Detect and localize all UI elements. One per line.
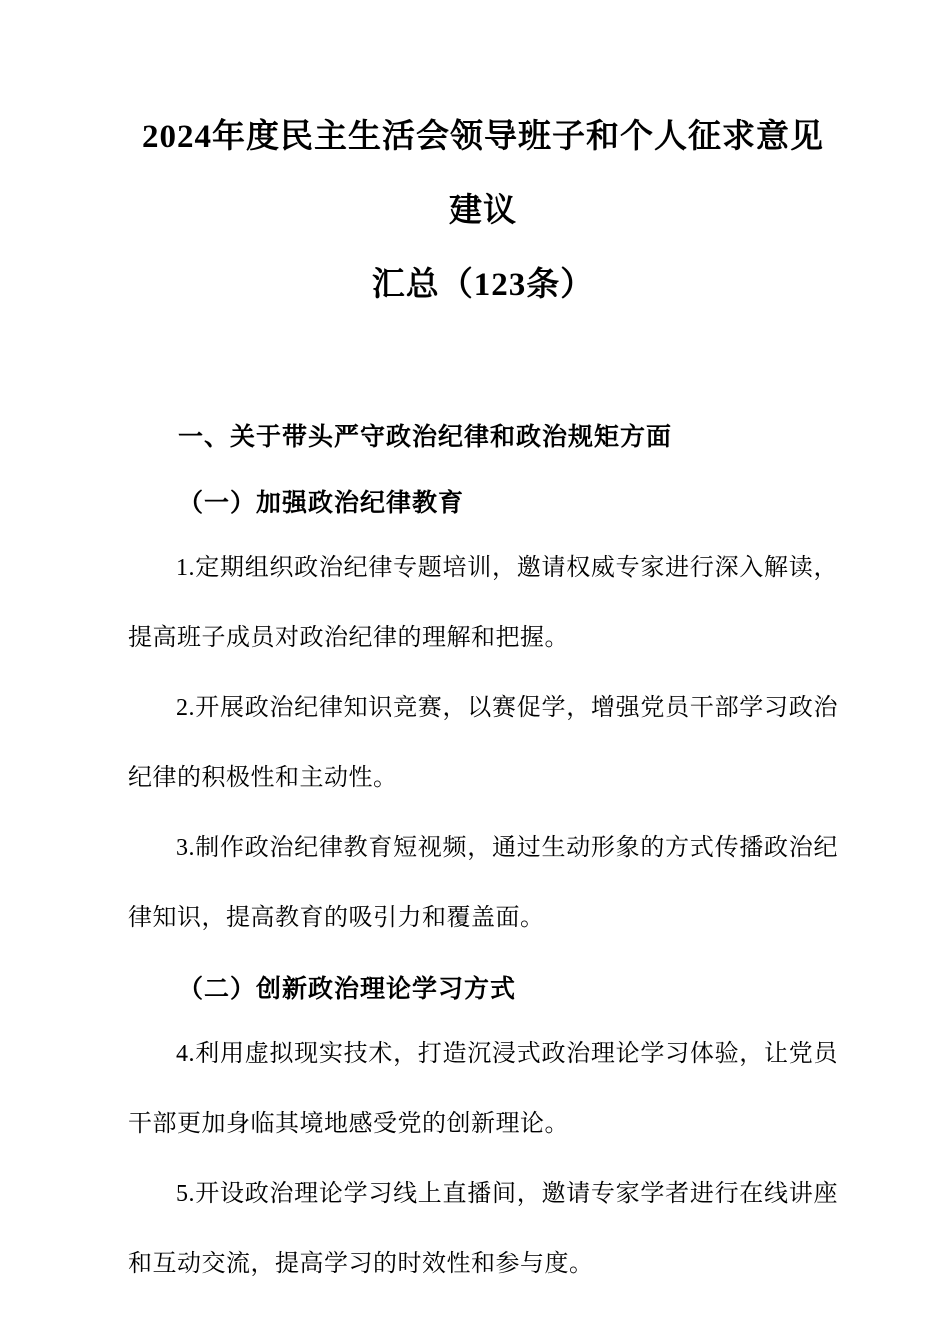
paragraph-item-2: 2.开展政治纪律知识竞赛，以赛促学，增强党员干部学习政治纪律的积极性和主动性。 <box>128 673 838 813</box>
subsection-heading-1-2: （二）创新政治理论学习方式 <box>128 959 838 1019</box>
paragraph-item-1: 1.定期组织政治纪律专题培训，邀请权威专家进行深入解读，提高班子成员对政治纪律的… <box>128 533 838 673</box>
document-title: 2024年度民主生活会领导班子和个人征求意见建议 汇总（123条） <box>128 100 838 322</box>
section-heading-1: 一、关于带头严守政治纪律和政治规矩方面 <box>128 407 838 467</box>
paragraph-item-4: 4.利用虚拟现实技术，打造沉浸式政治理论学习体验，让党员干部更加身临其境地感受党… <box>128 1019 838 1159</box>
document-title-line-2: 汇总（123条） <box>128 248 838 322</box>
document-title-line-1: 2024年度民主生活会领导班子和个人征求意见建议 <box>128 100 838 248</box>
paragraph-item-5: 5.开设政治理论学习线上直播间，邀请专家学者进行在线讲座和互动交流，提高学习的时… <box>128 1159 838 1299</box>
document-page: 2024年度民主生活会领导班子和个人征求意见建议 汇总（123条） 一、关于带头… <box>0 0 950 1344</box>
paragraph-item-3: 3.制作政治纪律教育短视频，通过生动形象的方式传播政治纪律知识，提高教育的吸引力… <box>128 813 838 953</box>
subsection-heading-1-1: （一）加强政治纪律教育 <box>128 473 838 533</box>
